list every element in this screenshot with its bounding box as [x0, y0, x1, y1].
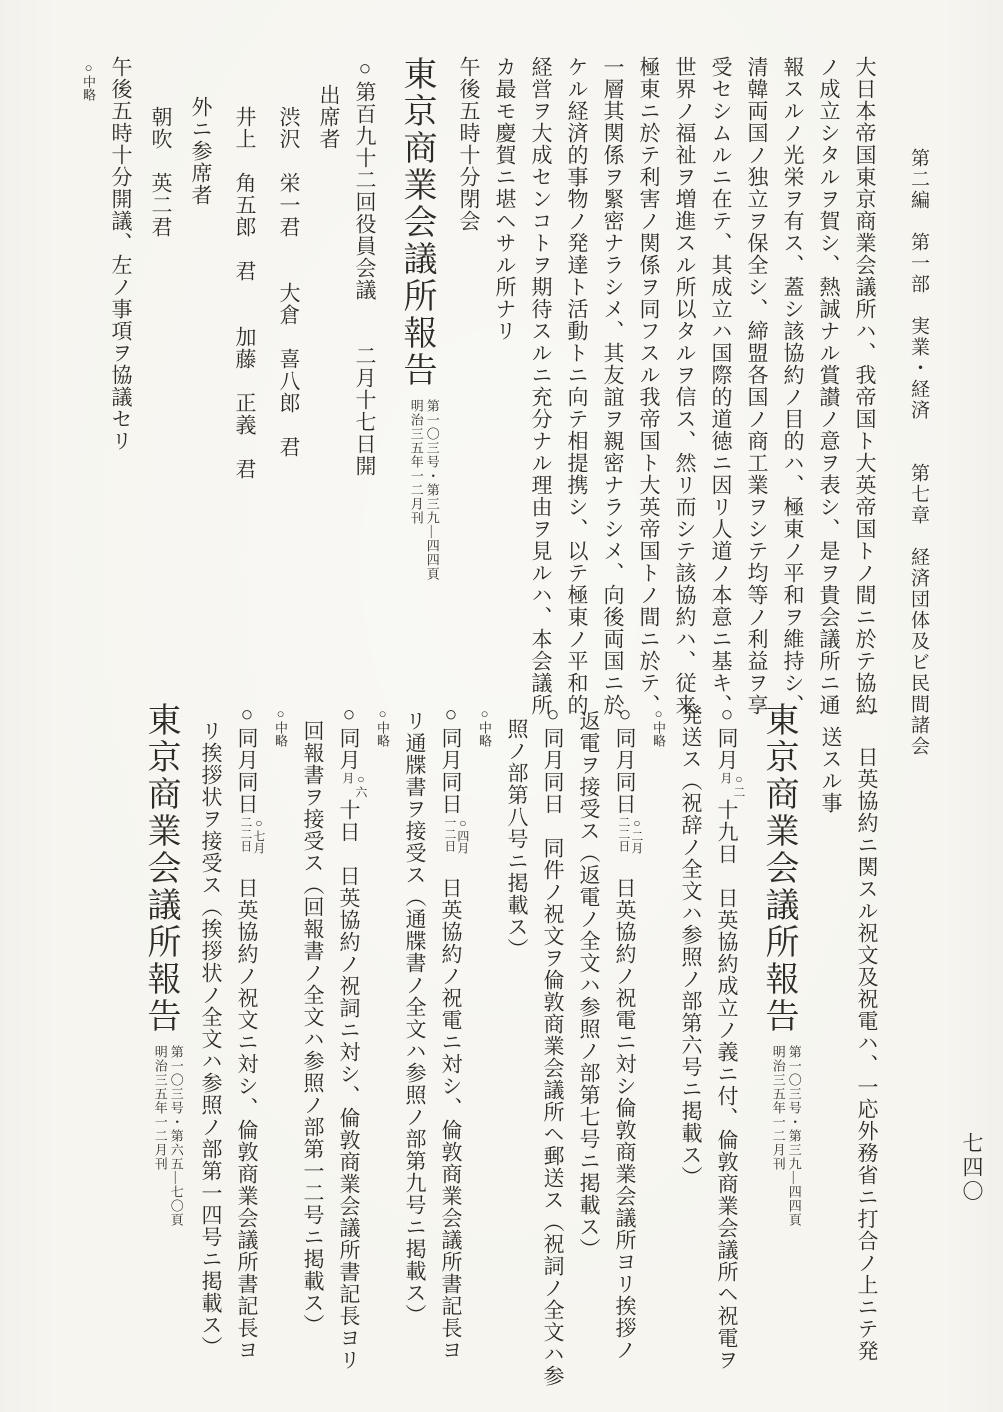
- text-run: ケル経済的事物ノ発達ト活動トニ向テ相提携シ、以テ極東ノ平和的: [565, 56, 589, 716]
- text-run: 日英協約ノ祝文ニ対シ、倫敦商業会議所書記長ヨ: [235, 855, 259, 1361]
- text-line: リ通牒書ヲ接受ス（通牒書ノ全文ハ参照ノ部第九号ニ掲載ス）: [397, 702, 433, 1366]
- text-run: 外ニ参席者: [189, 96, 213, 206]
- text-line: ケル経済的事物ノ発達ト活動トニ向テ相提携シ、以テ極東ノ平和的: [559, 56, 595, 706]
- text-run: 東京商業会議所報告: [142, 702, 179, 1035]
- source-title-line: 東京商業会議所報告第一〇三号・第六五—七〇頁明治三五年一二月刊: [135, 702, 185, 1366]
- text-line: 経営ヲ大成センコトヲ期待スルニ充分ナル理由ヲ見ルハ、本会議所: [523, 56, 559, 706]
- text-run: 清韓両国ノ独立ヲ保全シ、締盟各国ノ商工業ヲシテ均等ノ利益ヲ享: [745, 56, 769, 716]
- note-column: 明治三五年一二月刊: [770, 1045, 786, 1227]
- text-run: 経営ヲ大成センコトヲ期待スルニ充分ナル理由ヲ見ルハ、本会議所: [529, 56, 553, 716]
- text-line: リ挨拶状ヲ接受ス（挨拶状ノ全文ハ参照ノ部第一四号ニ掲載ス）: [193, 702, 229, 1366]
- text-run: リ通牒書ヲ接受ス（通牒書ノ全文ハ参照ノ部第九号ニ掲載ス）: [403, 710, 427, 1326]
- note-column: ○二: [732, 772, 745, 798]
- omission-mark-line: ○中略: [643, 702, 673, 1366]
- text-line: 一層其関係ヲ緊密ナラシメ、其友誼ヲ親密ナラシメ、向後両国ニ於: [595, 56, 631, 706]
- text-run: 照ノ部第八号ニ掲載ス）: [505, 718, 529, 960]
- text-run: ○同月同日: [613, 702, 637, 815]
- text-line: 世界ノ福祉ヲ増進スル所以タルヲ信ス、然リ而シテ該協約ハ、従来: [667, 56, 703, 706]
- omission-mark-line: ○中略: [367, 702, 397, 1366]
- text-run: 東京商業会議所報告: [398, 56, 435, 389]
- source-title-line: 東京商業会議所報告第一〇三号・第三九—四四頁明治三五年一二月刊: [391, 56, 441, 706]
- text-run: ○同月: [337, 702, 361, 771]
- note-column: 月: [341, 772, 354, 798]
- note-column: ○二月: [630, 816, 643, 854]
- text-line: ○同月同日○二月二二日 日英協約ノ祝電ニ対シ倫敦商業会議所ヨリ挨拶ノ: [607, 702, 643, 1366]
- text-run: 第二編 第一部 実業・経済 第七章 経済団体及ビ民間諸会: [908, 148, 929, 757]
- source-citation: 第一〇三号・第三九—四四頁明治三五年一二月刊: [408, 399, 440, 581]
- text-run: 一 日英協約ニ関スル祝文及祝電ハ、一応外務省ニ打合ノ上ニテ発: [855, 702, 879, 1362]
- text-run: 大日本帝国東京商業会議所ハ、我帝国ト大英帝国トノ間ニ於テ協約: [853, 56, 877, 716]
- text-line: 午後五時十分閉会: [451, 56, 487, 706]
- text-line: 発送ス（祝辞ノ全文ハ参照ノ部第六号ニ掲載ス）: [673, 702, 709, 1366]
- text-run: 東京商業会議所報告: [760, 702, 797, 1035]
- text-line: 渋沢 栄一君 大倉 喜八郎 君: [267, 56, 311, 706]
- source-citation: 第一〇三号・第六五—七〇頁明治三五年一二月刊: [152, 1045, 184, 1227]
- text-run: 返電ヲ接受ス（返電ノ全文ハ参照ノ部第七号ニ掲載ス）: [577, 710, 601, 1260]
- text-line: ○同月同日 同件ノ祝文ヲ倫敦商業会議所ヘ郵送ス（祝詞ノ全文ハ参: [535, 702, 571, 1366]
- note-column: 一二日: [443, 816, 456, 854]
- text-run: ○同月同日 同件ノ祝文ヲ倫敦商業会議所ヘ郵送ス（祝詞ノ全文ハ参: [541, 702, 565, 1387]
- text-run: 日英協約ノ祝電ニ対シ、倫敦商業会議所書記長ヨ: [439, 855, 463, 1361]
- text-run: ○中略: [81, 60, 96, 101]
- text-line: 大日本帝国東京商業会議所ハ、我帝国ト大英帝国トノ間ニ於テ協約: [847, 56, 883, 706]
- text-line: 出席者: [311, 56, 347, 706]
- text-line: 午後五時十分開議、左ノ事項ヲ協議セリ: [103, 56, 139, 706]
- text-run: 極東ニ於テ利害ノ関係ヲ同フスル我帝国ト大英帝国トノ間ニ於テ、: [637, 56, 661, 716]
- text-line: 極東ニ於テ利害ノ関係ヲ同フスル我帝国ト大英帝国トノ間ニ於テ、: [631, 56, 667, 706]
- note-column: 第一〇三号・第三九—四四頁: [786, 1045, 802, 1227]
- note-column: ○六: [354, 772, 367, 798]
- text-line: 送スル事: [813, 702, 849, 1366]
- text-line: カ最モ慶賀ニ堪ヘサル所ナリ: [487, 56, 523, 706]
- text-run: ○同月同日: [439, 702, 463, 815]
- scanned-book-page: 第二編 第一部 実業・経済 第七章 経済団体及ビ民間諸会大日本帝国東京商業会議所…: [0, 0, 1003, 1412]
- omission-mark-line: ○中略: [469, 702, 499, 1366]
- text-run: 一層其関係ヲ緊密ナラシメ、其友誼ヲ親密ナラシメ、向後両国ニ於: [601, 56, 625, 716]
- note-column: 第一〇三号・第六五—七〇頁: [168, 1045, 184, 1227]
- text-line: ○第百九十二回役員会議 二月十七日開: [347, 56, 383, 706]
- note-column: ○七月: [252, 816, 265, 854]
- text-line: ○同月同日○七月二二日 日英協約ノ祝文ニ対シ、倫敦商業会議所書記長ヨ: [229, 702, 265, 1366]
- text-run: 渋沢 栄一君 大倉 喜八郎 君: [277, 106, 301, 458]
- note-column: 二二日: [239, 816, 252, 854]
- text-line: 返電ヲ接受ス（返電ノ全文ハ参照ノ部第七号ニ掲載ス）: [571, 702, 607, 1366]
- text-run: 報スルノ光栄ヲ有ス、蓋シ該協約ノ目的ハ、極東ノ平和ヲ維持シ、: [781, 56, 805, 716]
- text-run: 出席者: [317, 84, 341, 150]
- bottom-text-block: 一 日英協約ニ関スル祝文及祝電ハ、一応外務省ニ打合ノ上ニテ発送スル事東京商業会議…: [135, 702, 885, 1366]
- text-line: 受セシムルニ在テ、其成立ハ国際的道徳ニ因リ人道ノ本意ニ基キ、: [703, 56, 739, 706]
- text-line: 照ノ部第八号ニ掲載ス）: [499, 702, 535, 1366]
- text-run: ○中略: [273, 706, 288, 747]
- text-run: ノ成立シタルヲ賀シ、熱誠ナル賞讃ノ意ヲ表シ、是ヲ貴会議所ニ通: [817, 56, 841, 716]
- text-line: 清韓両国ノ独立ヲ保全シ、締盟各国ノ商工業ヲシテ均等ノ利益ヲ享: [739, 56, 775, 706]
- text-line: ○同月○二月十九日 日英協約成立ノ義ニ付、倫敦商業会議所ヘ祝電ヲ: [709, 702, 745, 1366]
- text-run: ○中略: [651, 706, 666, 747]
- text-run: 世界ノ福祉ヲ増進スル所以タルヲ信ス、然リ而シテ該協約ハ、従来: [673, 56, 697, 716]
- text-run: 受セシムルニ在テ、其成立ハ国際的道徳ニ因リ人道ノ本意ニ基キ、: [709, 56, 733, 716]
- text-line: ノ成立シタルヲ賀シ、熱誠ナル賞讃ノ意ヲ表シ、是ヲ貴会議所ニ通: [811, 56, 847, 706]
- text-run: ○中略: [477, 706, 492, 747]
- text-line: 外ニ参席者: [183, 56, 219, 706]
- text-run: 朝吹 英二君: [149, 106, 173, 238]
- text-run: ○第百九十二回役員会議 二月十七日開: [353, 56, 377, 477]
- text-run: 発送ス（祝辞ノ全文ハ参照ノ部第六号ニ掲載ス）: [679, 704, 703, 1188]
- note-column: 二二日: [617, 816, 630, 854]
- text-run: 日英協約ノ祝電ニ対シ倫敦商業会議所ヨリ挨拶ノ: [613, 855, 637, 1361]
- note-column: 月: [719, 772, 732, 798]
- text-run: 回報書ヲ接受ス（回報書ノ全文ハ参照ノ部第一二号ニ掲載ス）: [301, 720, 325, 1336]
- text-line: ○同月同日○四月一二日 日英協約ノ祝電ニ対シ、倫敦商業会議所書記長ヨ: [433, 702, 469, 1366]
- note-column: ○四月: [456, 816, 469, 854]
- inline-date-note: ○六月: [341, 772, 367, 798]
- text-run: カ最モ慶賀ニ堪ヘサル所ナリ: [493, 56, 517, 342]
- text-line: ○同月○六月十日 日英協約ノ祝詞ニ対シ、倫敦商業会議所書記長ヨリ: [331, 702, 367, 1366]
- inline-date-note: ○四月一二日: [443, 816, 469, 854]
- note-column: 明治三五年一二月刊: [408, 399, 424, 581]
- text-line: 一 日英協約ニ関スル祝文及祝電ハ、一応外務省ニ打合ノ上ニテ発: [849, 702, 885, 1366]
- text-run: ○同月: [715, 702, 739, 771]
- text-line: 報スルノ光栄ヲ有ス、蓋シ該協約ノ目的ハ、極東ノ平和ヲ維持シ、: [775, 56, 811, 706]
- omission-mark-line: ○中略: [73, 56, 103, 706]
- note-column: 第一〇三号・第三九—四四頁: [424, 399, 440, 581]
- source-title-line: 東京商業会議所報告第一〇三号・第三九—四四頁明治三五年一二月刊: [753, 702, 803, 1366]
- top-text-block: 第二編 第一部 実業・経済 第七章 経済団体及ビ民間諸会大日本帝国東京商業会議所…: [73, 56, 937, 706]
- text-run: 午後五時十分開議、左ノ事項ヲ協議セリ: [109, 56, 133, 452]
- inline-date-note: ○二月二二日: [617, 816, 643, 854]
- note-column: 明治三五年一二月刊: [152, 1045, 168, 1227]
- text-run: ○中略: [375, 706, 390, 747]
- source-citation: 第一〇三号・第三九—四四頁明治三五年一二月刊: [770, 1045, 802, 1227]
- text-run: 十九日 日英協約成立ノ義ニ付、倫敦商業会議所ヘ祝電ヲ: [715, 799, 739, 1371]
- text-line: 回報書ヲ接受ス（回報書ノ全文ハ参照ノ部第一二号ニ掲載ス）: [295, 702, 331, 1366]
- text-run: 井上 角五郎 君 加藤 正義 君: [233, 106, 257, 480]
- inline-date-note: ○二月: [719, 772, 745, 798]
- text-line: 井上 角五郎 君 加藤 正義 君: [223, 56, 267, 706]
- inline-date-note: ○七月二二日: [239, 816, 265, 854]
- running-head: 第二編 第一部 実業・経済 第七章 経済団体及ビ民間諸会: [903, 56, 933, 706]
- text-run: 午後五時十分閉会: [457, 56, 481, 232]
- text-run: 十日 日英協約ノ祝詞ニ対シ、倫敦商業会議所書記長ヨリ: [337, 799, 361, 1371]
- text-line: 朝吹 英二君: [139, 56, 183, 706]
- text-run: ○同月同日: [235, 702, 259, 815]
- omission-mark-line: ○中略: [265, 702, 295, 1366]
- text-run: リ挨拶状ヲ接受ス（挨拶状ノ全文ハ参照ノ部第一四号ニ掲載ス）: [199, 720, 223, 1358]
- page-number: 七四〇: [957, 1132, 987, 1204]
- text-run: 送スル事: [819, 726, 843, 814]
